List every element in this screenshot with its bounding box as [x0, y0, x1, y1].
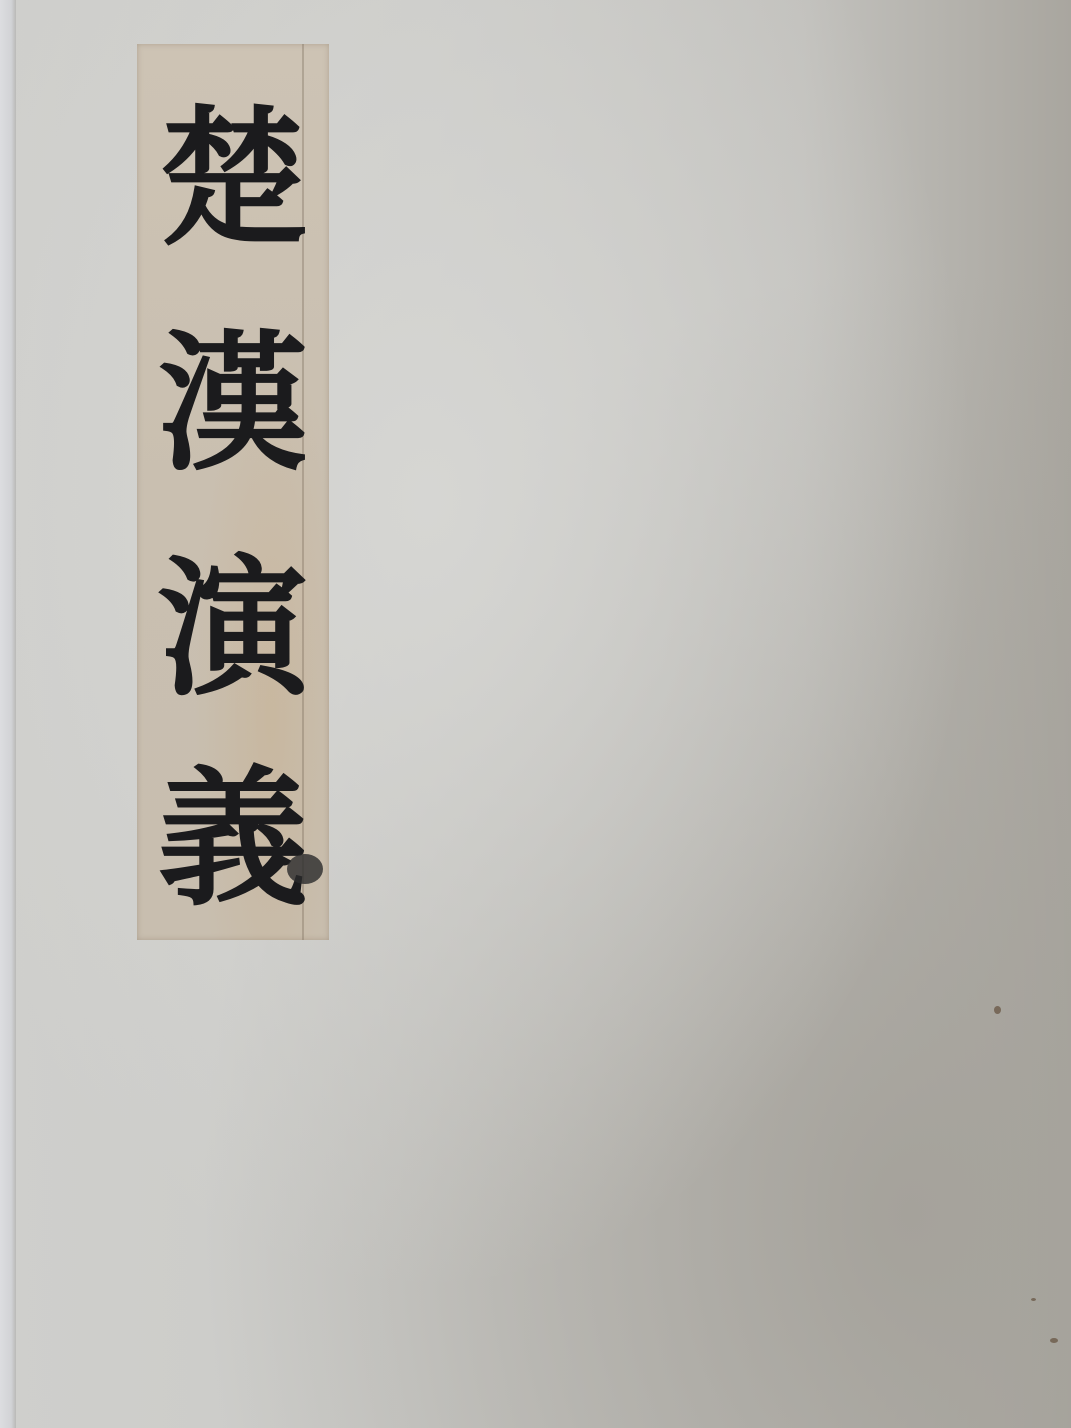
- title-char-2: 漢: [137, 309, 329, 499]
- title-char-4: 義: [137, 744, 329, 934]
- paper-spot: [994, 1006, 1001, 1014]
- paper-spot: [1050, 1338, 1058, 1343]
- paper-spot: [1031, 1298, 1036, 1301]
- title-char-1: 楚: [137, 84, 329, 274]
- book-cover: 楚 漢 演 義: [0, 0, 1071, 1428]
- title-label: 楚 漢 演 義: [137, 44, 329, 940]
- page-edge: [0, 0, 16, 1428]
- title-char-3: 演: [137, 534, 329, 724]
- ink-blot: [287, 854, 323, 884]
